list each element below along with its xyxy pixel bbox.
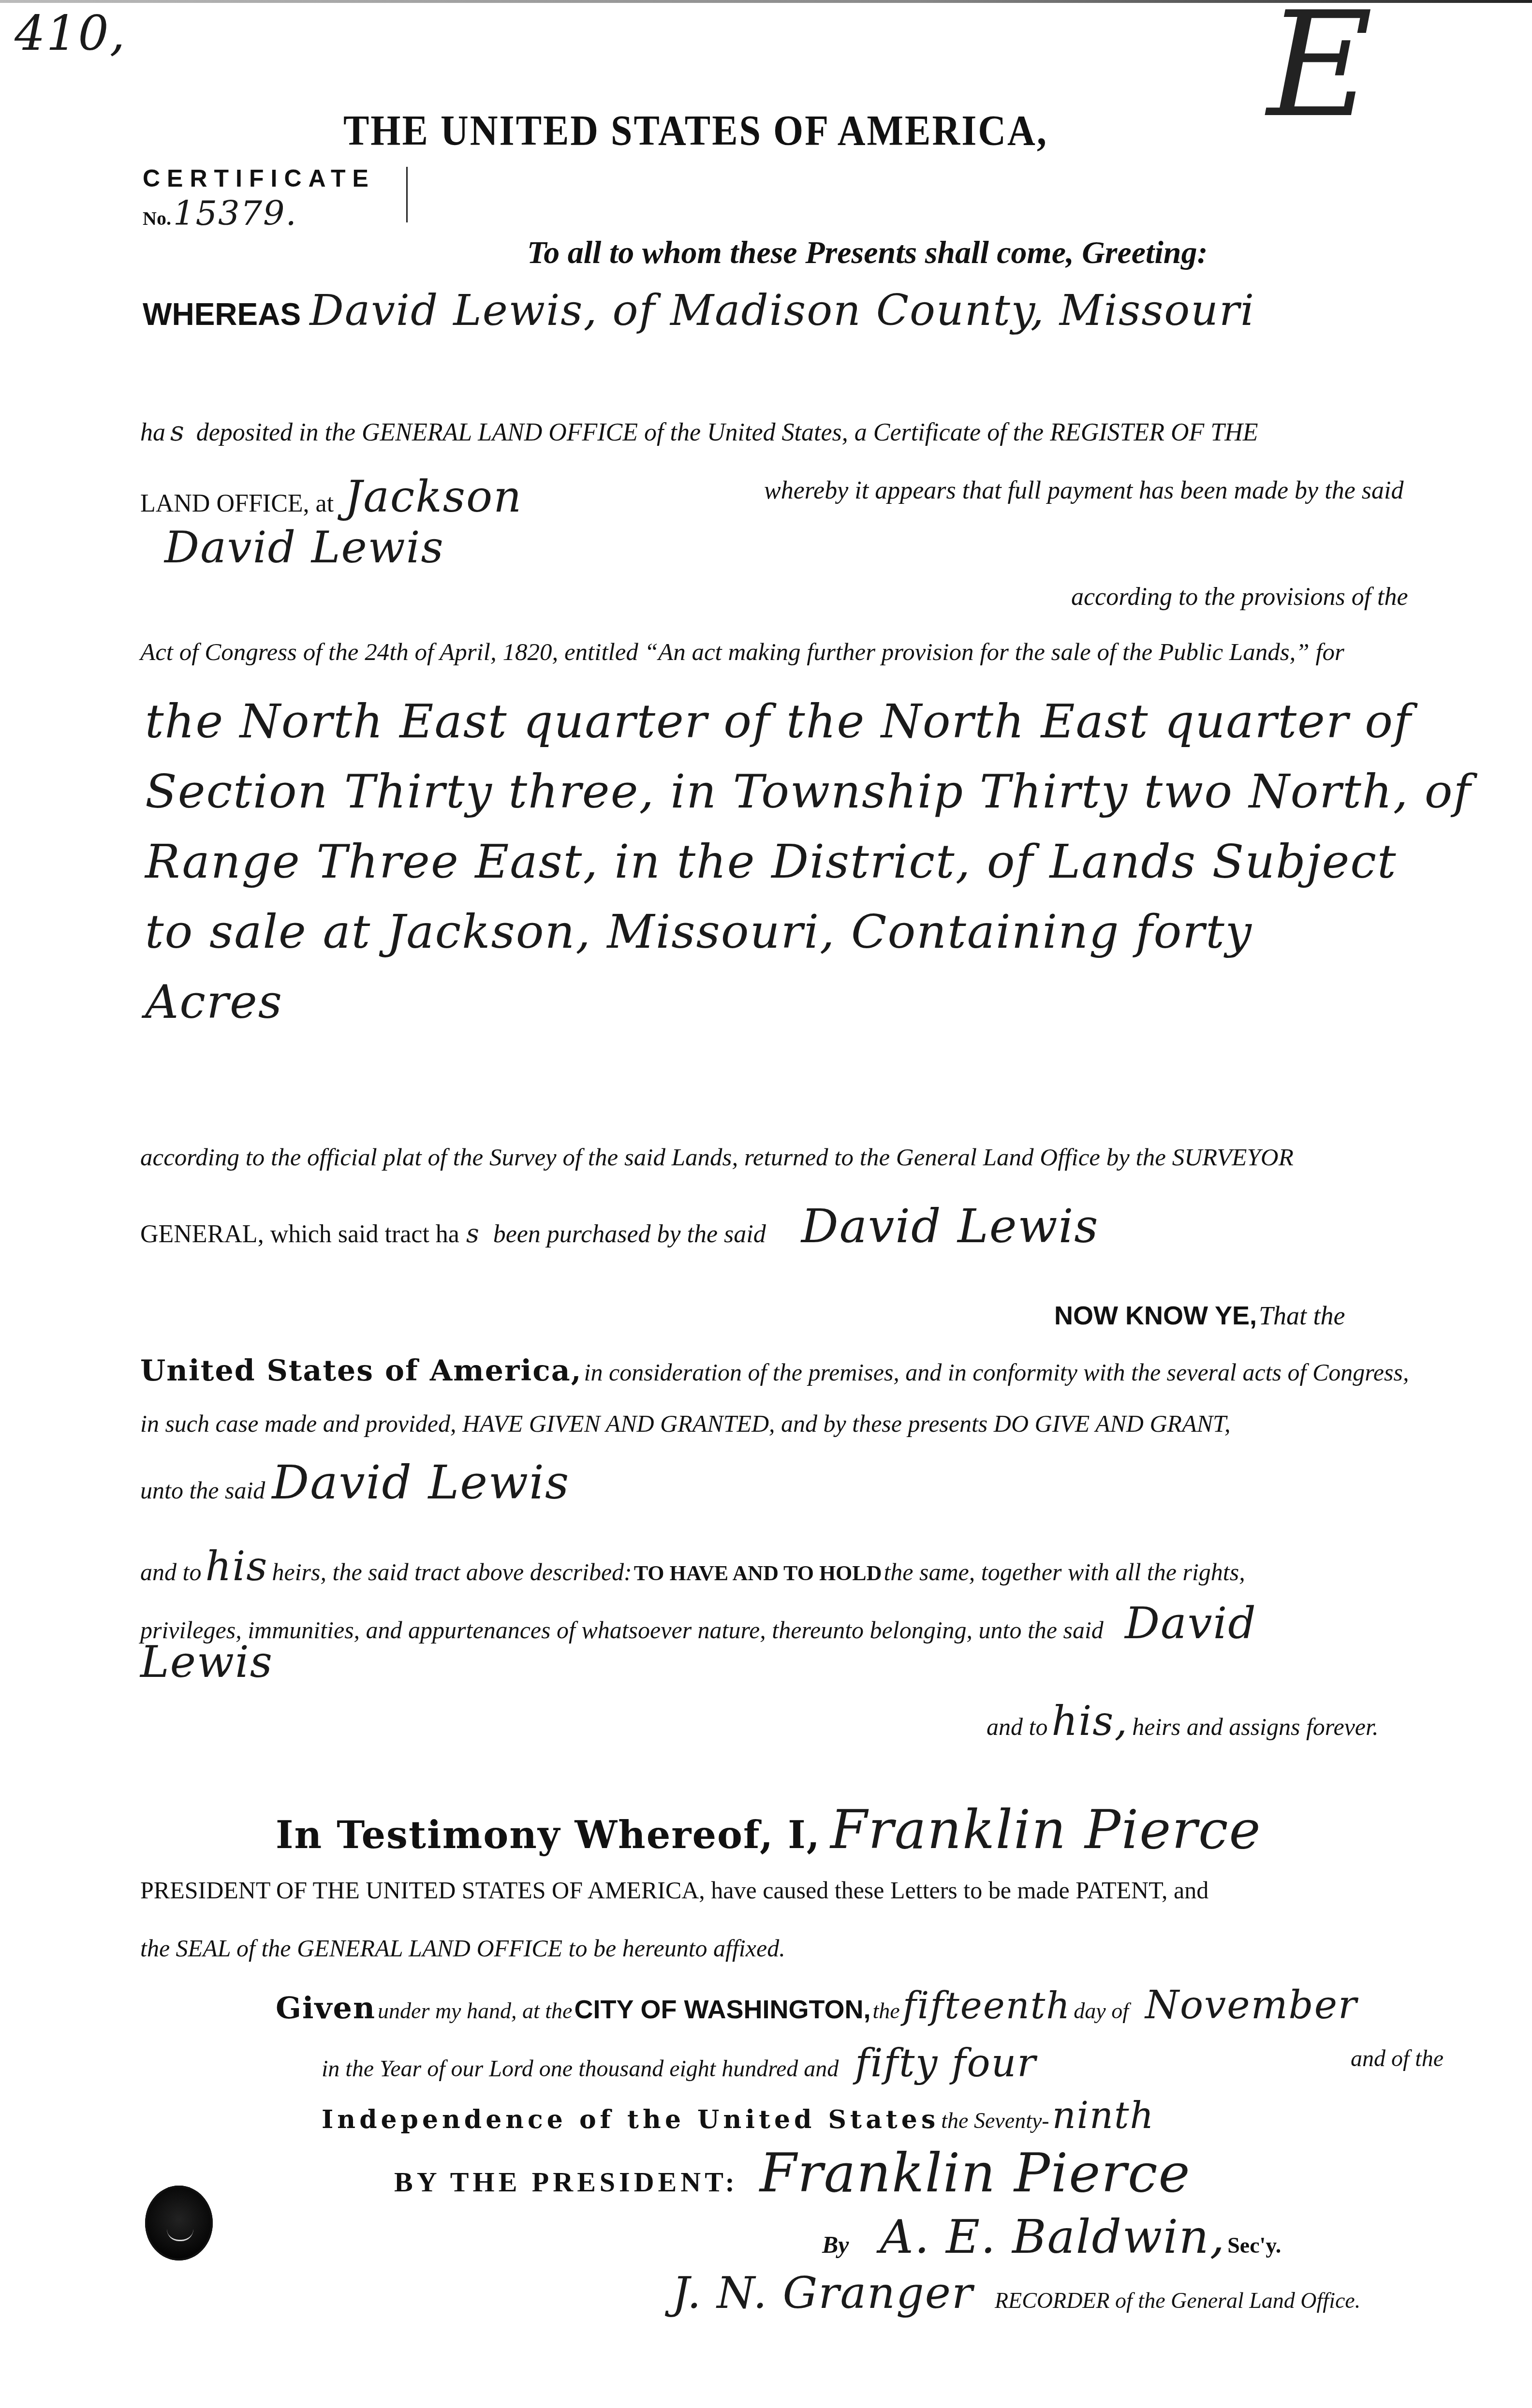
land-office-line: LAND OFFICE, at Jackson whereby it appea… <box>140 471 1446 522</box>
whereas-label: WHEREAS <box>143 297 301 332</box>
heirs-post: the same, together with all the rights, <box>884 1558 1245 1586</box>
given-line: Given under my hand, at the CITY OF WASH… <box>276 1982 1357 2027</box>
secretary-title: Sec'y. <box>1227 2233 1281 2258</box>
secretary-by: By <box>822 2231 849 2258</box>
now-know-ye-line: NOW KNOW YE, That the <box>1054 1301 1345 1331</box>
deposit-pre: ha <box>140 419 165 446</box>
land-description-line: the North East quarter of the North East… <box>145 687 1472 757</box>
testimony-line: In Testimony Whereof, I, Franklin Pierce <box>276 1799 1262 1861</box>
grantee-name-residence: David Lewis, of Madison County, Missouri <box>309 285 1255 335</box>
heirs-pronoun: his <box>205 1542 268 1590</box>
assigns-pronoun: his, <box>1051 1697 1128 1745</box>
given-pre: under my hand, at the <box>378 1998 572 2023</box>
assigns-pre: and to <box>987 1713 1047 1740</box>
page-number: 410, <box>15 5 126 61</box>
unto-pre: unto the said <box>140 1477 265 1504</box>
heirs-mid: heirs, the said tract above described: <box>272 1558 632 1586</box>
land-office-post: whereby it appears that full payment has… <box>764 476 1403 505</box>
land-description-line: Section Thirty three, in Township Thirty… <box>145 757 1472 827</box>
usa-rest: in consideration of the premises, and in… <box>584 1359 1409 1386</box>
year-pre: in the Year of our Lord one thousand eig… <box>322 2056 839 2082</box>
unto-line: unto the said David Lewis <box>140 1455 570 1510</box>
margin-letter: E <box>1267 0 1373 149</box>
land-office-place: Jackson <box>345 471 522 522</box>
heirs-line: and tohisheirs, the said tract above des… <box>140 1542 1245 1590</box>
recorder-title: RECORDER of the General Land Office. <box>995 2288 1360 2313</box>
by-president-label: BY THE PRESIDENT: <box>394 2166 738 2198</box>
assigns-line: and tohis,heirs and assigns forever. <box>987 1697 1378 1745</box>
given-the: the <box>873 1998 900 2023</box>
privileges-text: privileges, immunities, and appurtenance… <box>140 1616 1104 1644</box>
secretary-line: By A. E. Baldwin, Sec'y. <box>822 2210 1281 2264</box>
purchase-post: been purchased by the said <box>493 1220 766 1248</box>
given-month: November <box>1145 1982 1357 2027</box>
seal-line: the SEAL of the GENERAL LAND OFFICE to b… <box>140 1934 785 1962</box>
deposit-line: has deposited in the GENERAL LAND OFFICE… <box>140 416 1258 447</box>
grantee-name: David Lewis <box>272 1455 570 1510</box>
whereas-line: WHEREAS David Lewis, of Madison County, … <box>143 285 1255 335</box>
certificate-number-value: 15379. <box>173 193 297 233</box>
general-land-office-seal <box>145 2186 213 2261</box>
certificate-label: CERTIFICATE <box>143 164 375 192</box>
year-value: fifty four <box>855 2041 1036 2085</box>
purchase-line: GENERAL, which said tract has been purch… <box>140 1199 1099 1253</box>
independence-ordinal: ninth <box>1052 2094 1155 2137</box>
independence-blackletter: Independence of the United States <box>322 2105 939 2134</box>
granted-line: in such case made and provided, HAVE GIV… <box>140 1410 1231 1438</box>
certificate-number-prefix: No. <box>143 207 171 229</box>
purchaser-name: David Lewis <box>801 1199 1099 1253</box>
land-description-line: Range Three East, in the District, of La… <box>145 827 1472 897</box>
given-blackletter: Given <box>276 1990 376 2026</box>
independence-line: Independence of the United States the Se… <box>322 2094 1154 2137</box>
given-day: fifteenth <box>903 1984 1071 2027</box>
president-signature: Franklin Pierce <box>760 2142 1191 2204</box>
survey-line: according to the official plat of the Su… <box>140 1144 1294 1172</box>
independence-pre: the Seventy- <box>941 2108 1049 2133</box>
given-city: CITY OF WASHINGTON, <box>574 1995 871 2024</box>
provisions-line: according to the provisions of the <box>1071 583 1408 611</box>
year-post: and of the <box>1351 2045 1444 2072</box>
deposit-mark: s <box>170 416 185 447</box>
now-know-ye-rest: That the <box>1259 1301 1345 1330</box>
heirs-pre: and to <box>140 1558 201 1586</box>
greeting: To all to whom these Presents shall come… <box>527 235 1208 271</box>
given-day-of: day of <box>1074 1998 1129 2023</box>
payer-name: David Lewis <box>164 522 444 573</box>
act-line: Act of Congress of the 24th of April, 18… <box>140 638 1344 666</box>
privileges-name-last: Lewis <box>140 1637 273 1688</box>
document-title: THE UNITED STATES OF AMERICA, <box>343 106 1048 155</box>
land-description-line: to sale at Jackson, Missouri, Containing… <box>145 897 1472 967</box>
secretary-signature: A. E. Baldwin, <box>880 2210 1226 2264</box>
president-line: PRESIDENT OF THE UNITED STATES OF AMERIC… <box>140 1876 1208 1904</box>
land-description: the North East quarter of the North East… <box>145 687 1472 1037</box>
usa-line: United States of America, in considerati… <box>140 1354 1409 1388</box>
land-office-pre: LAND OFFICE, at <box>140 490 334 517</box>
privileges-line: privileges, immunities, and appurtenance… <box>140 1598 1257 1649</box>
testimony-signature: Franklin Pierce <box>830 1799 1262 1861</box>
certificate-number: No. 15379. <box>143 193 297 233</box>
deposit-text: deposited in the GENERAL LAND OFFICE of … <box>196 419 1258 446</box>
usa-blackletter: United States of America, <box>140 1354 582 1388</box>
privileges-name-first: David <box>1125 1598 1257 1649</box>
testimony-blackletter: In Testimony Whereof, I, <box>276 1813 821 1857</box>
year-line: in the Year of our Lord one thousand eig… <box>322 2041 1444 2085</box>
recorder-signature: J. N. Granger <box>672 2268 973 2319</box>
by-president-line: BY THE PRESIDENT: Franklin Pierce <box>394 2142 1191 2204</box>
to-have-and-to-hold: TO HAVE AND TO HOLD <box>634 1561 882 1585</box>
purchase-pre: GENERAL, which said tract ha <box>140 1220 459 1248</box>
assigns-post: heirs and assigns forever. <box>1132 1713 1378 1740</box>
certificate-bracket <box>406 167 408 222</box>
recorder-line: J. N. Granger RECORDER of the General La… <box>672 2268 1360 2319</box>
purchase-mark: s <box>466 1219 480 1248</box>
now-know-ye: NOW KNOW YE, <box>1054 1301 1257 1330</box>
land-description-line: Acres <box>145 967 1472 1037</box>
